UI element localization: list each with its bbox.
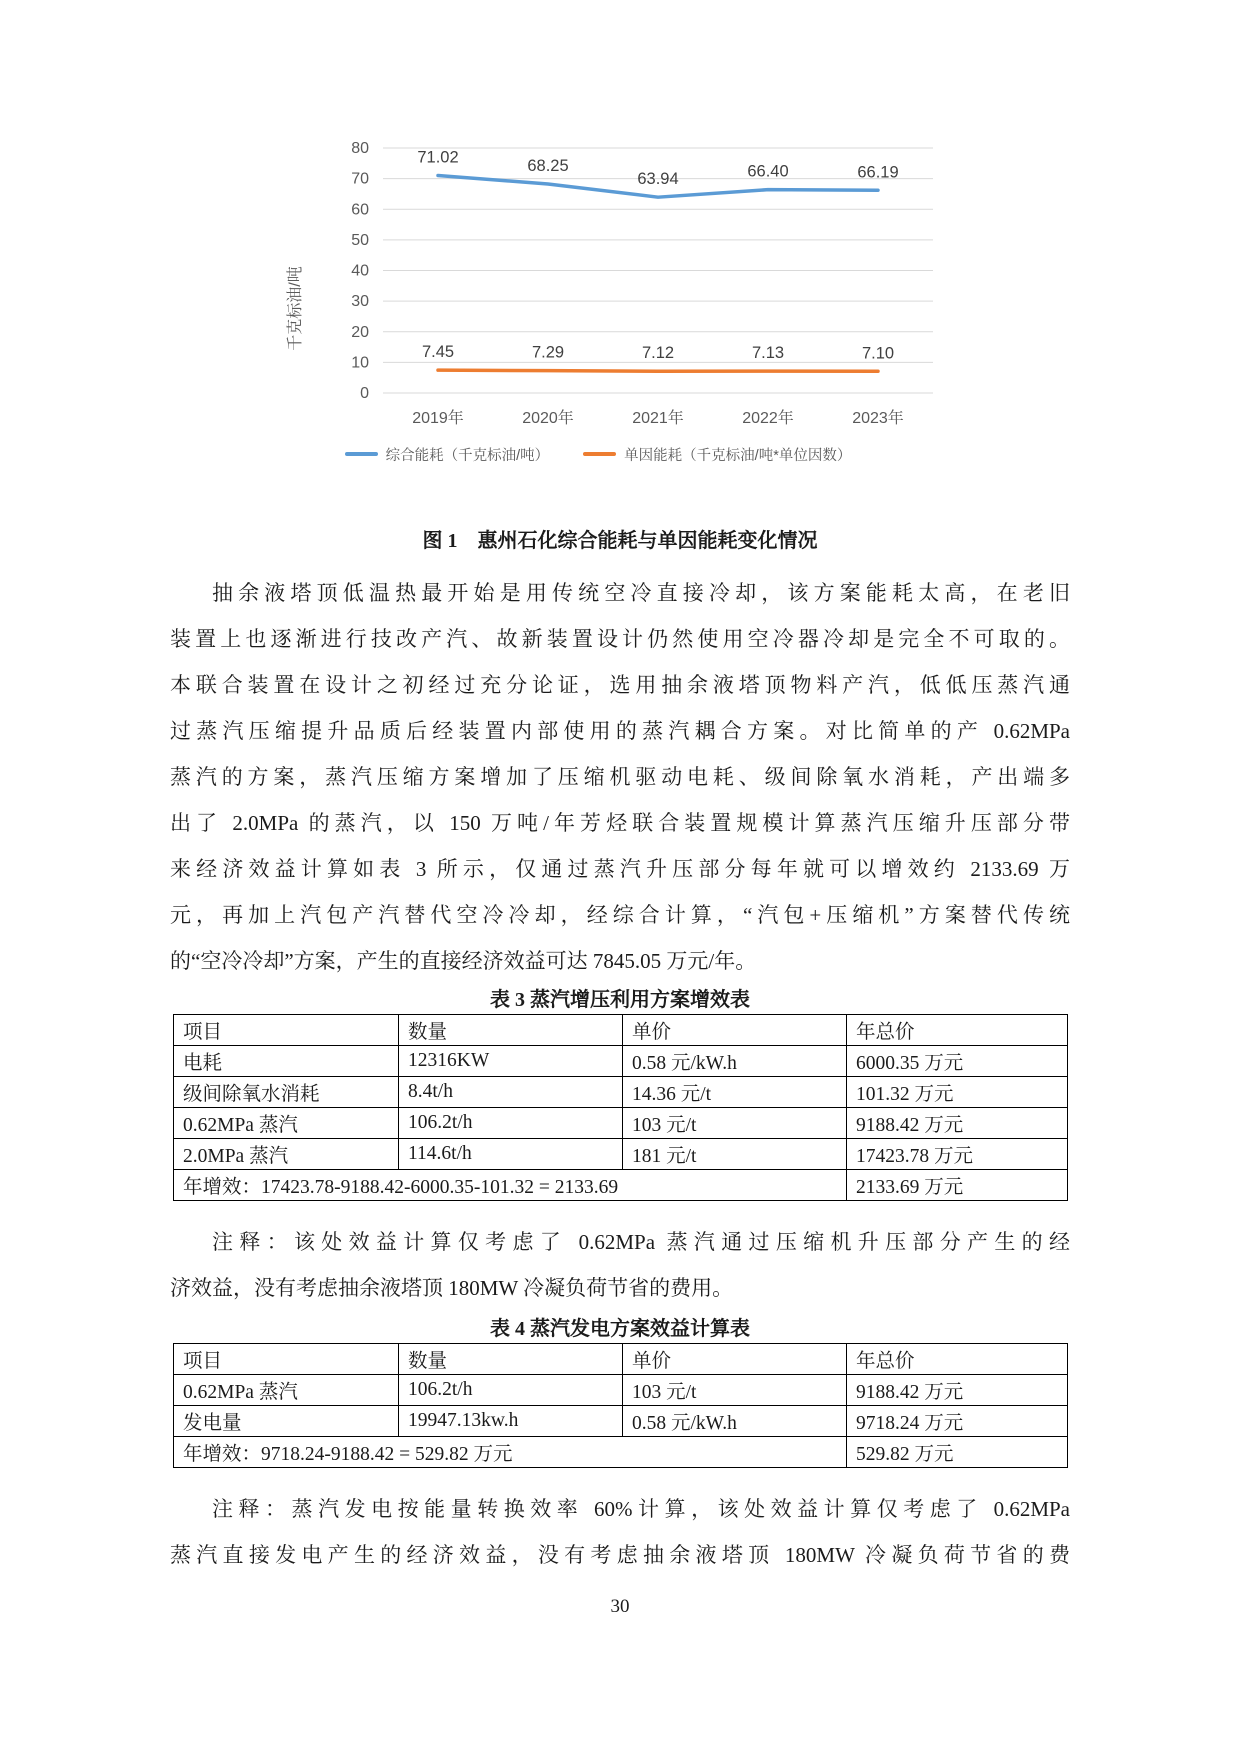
data-label: 68.25 [527,157,568,175]
para-line: 本联合装置在设计之初经过充分论证，选用抽余液塔顶物料产汽，低低压蒸汽通 [170,662,1070,708]
para-line: 装置上也逐渐进行技改产汽、故新装置设计仍然使用空冷器冷却是完全不可取的。 [170,616,1070,662]
table-cell: 0.62MPa 蒸汽 [174,1108,399,1139]
y-tick-label: 30 [351,293,369,310]
data-label: 66.19 [857,163,898,181]
legend-label: 综合能耗（千克标油/吨） [386,444,550,465]
table-cell: 年总价 [847,1015,1068,1046]
table-cell: 发电量 [174,1406,399,1437]
table-cell: 项目 [174,1344,399,1375]
note-line: 注释：该处效益计算仅考虑了 0.62MPa 蒸汽通过压缩机升压部分产生的经 [170,1219,1070,1265]
para-line: 出了 2.0MPa 的蒸汽，以 150 万吨/年芳烃联合装置规模计算蒸汽压缩升压… [170,800,1070,846]
y-tick-label: 10 [351,354,369,371]
data-label: 7.10 [862,344,894,362]
note-line: 济效益，没有考虑抽余液塔顶 180MW 冷凝负荷节省的费用。 [170,1265,1070,1311]
y-tick-label: 0 [360,385,369,402]
table4-caption: 表 4 蒸汽发电方案效益计算表 [170,1315,1070,1343]
table-cell: 级间除氧水消耗 [174,1077,399,1108]
x-tick-label: 2020年 [522,408,574,427]
table-cell: 14.36 元/t [623,1077,847,1108]
data-label: 66.40 [747,163,788,181]
para-line: 过蒸汽压缩提升品质后经装置内部使用的蒸汽耦合方案。对比简单的产 0.62MPa [170,708,1070,754]
table-cell: 0.62MPa 蒸汽 [174,1375,399,1406]
x-tick-label: 2022年 [742,408,794,427]
y-tick-label: 80 [351,140,369,157]
data-label: 7.45 [422,343,454,361]
table-footer-row: 年增效：17423.78-9188.42-6000.35-101.32 = 21… [174,1170,1068,1201]
table-cell: 2133.69 万元 [847,1170,1068,1201]
x-tick-label: 2021年 [632,408,684,427]
data-label: 7.12 [642,344,674,362]
para-line: 抽余液塔顶低温热最开始是用传统空冷直接冷却，该方案能耗太高，在老旧 [170,570,1070,616]
table-cell: 2.0MPa 蒸汽 [174,1139,399,1170]
table-cell: 年增效：17423.78-9188.42-6000.35-101.32 = 21… [174,1170,847,1201]
table-cell: 529.82 万元 [847,1437,1068,1468]
table-row: 电耗12316KW0.58 元/kW.h6000.35 万元 [174,1046,1068,1077]
para-line: 元，再加上汽包产汽替代空冷冷却，经综合计算，“汽包+压缩机”方案替代传统 [170,892,1070,938]
para-line: 蒸汽的方案，蒸汽压缩方案增加了压缩机驱动电耗、级间除氧水消耗，产出端多 [170,754,1070,800]
energy-chart-svg: 01020304050607080千克标油/吨2019年2020年2021年20… [258,118,938,433]
y-tick-label: 60 [351,201,369,218]
table-cell: 项目 [174,1015,399,1046]
body-paragraph: 抽余液塔顶低温热最开始是用传统空冷直接冷却，该方案能耗太高，在老旧装置上也逐渐进… [170,570,1070,984]
legend-label: 单因能耗（千克标油/吨*单位因数） [624,444,851,465]
table-cell: 181 元/t [623,1139,847,1170]
table-cell: 9718.24 万元 [847,1406,1068,1437]
y-tick-label: 20 [351,324,369,341]
table3-note: 注释：该处效益计算仅考虑了 0.62MPa 蒸汽通过压缩机升压部分产生的经济效益… [170,1219,1070,1311]
x-tick-label: 2023年 [852,408,904,427]
table-cell: 年增效：9718.24-9188.42 = 529.82 万元 [174,1437,847,1468]
table-row: 2.0MPa 蒸汽114.6t/h181 元/t17423.78 万元 [174,1139,1068,1170]
table-header-row: 项目数量单价年总价 [174,1015,1068,1046]
table-cell: 电耗 [174,1046,399,1077]
legend-line-swatch [583,452,616,456]
table4: 项目数量单价年总价0.62MPa 蒸汽106.2t/h103 元/t9188.4… [173,1343,1068,1468]
table-cell: 103 元/t [623,1375,847,1406]
table-cell: 数量 [399,1015,623,1046]
table-cell: 101.32 万元 [847,1077,1068,1108]
page-number: 30 [0,1596,1240,1618]
table-row: 0.62MPa 蒸汽106.2t/h103 元/t9188.42 万元 [174,1375,1068,1406]
legend-line-swatch [345,452,378,456]
table-cell: 9188.42 万元 [847,1375,1068,1406]
legend-item-0: 综合能耗（千克标油/吨） [345,444,550,465]
table-header-row: 项目数量单价年总价 [174,1344,1068,1375]
data-label: 7.13 [752,344,784,362]
para-line: 的“空冷冷却”方案，产生的直接经济效益可达 7845.05 万元/年。 [170,938,1070,984]
table-cell: 12316KW [399,1046,623,1077]
table-cell: 0.58 元/kW.h [623,1046,847,1077]
y-axis-title: 千克标油/吨 [286,266,304,350]
x-tick-label: 2019年 [412,408,464,427]
document-page: 01020304050607080千克标油/吨2019年2020年2021年20… [170,118,1070,1578]
figure-caption: 图 1 惠州石化综合能耗与单因能耗变化情况 [170,528,1070,554]
y-tick-label: 40 [351,263,369,280]
table-cell: 19947.13kw.h [399,1406,623,1437]
table-cell: 103 元/t [623,1108,847,1139]
table-cell: 114.6t/h [399,1139,623,1170]
table-cell: 106.2t/h [399,1108,623,1139]
y-tick-label: 70 [351,171,369,188]
series-line-1 [438,370,878,371]
table-cell: 年总价 [847,1344,1068,1375]
table-row: 发电量19947.13kw.h0.58 元/kW.h9718.24 万元 [174,1406,1068,1437]
data-label: 63.94 [637,170,678,188]
table-row: 0.62MPa 蒸汽106.2t/h103 元/t9188.42 万元 [174,1108,1068,1139]
table-row: 级间除氧水消耗8.4t/h14.36 元/t101.32 万元 [174,1077,1068,1108]
table-cell: 17423.78 万元 [847,1139,1068,1170]
note-line: 注释：蒸汽发电按能量转换效率 60%计算，该处效益计算仅考虑了 0.62MPa [170,1486,1070,1532]
table-cell: 0.58 元/kW.h [623,1406,847,1437]
data-label: 71.02 [417,149,458,167]
legend-item-1: 单因能耗（千克标油/吨*单位因数） [583,444,851,465]
y-tick-label: 50 [351,232,369,249]
table-cell: 8.4t/h [399,1077,623,1108]
table-footer-row: 年增效：9718.24-9188.42 = 529.82 万元529.82 万元 [174,1437,1068,1468]
chart-legend: 综合能耗（千克标油/吨）单因能耗（千克标油/吨*单位因数） [258,444,938,464]
table-cell: 数量 [399,1344,623,1375]
table-cell: 单价 [623,1015,847,1046]
note-line: 蒸汽直接发电产生的经济效益，没有考虑抽余液塔顶 180MW 冷凝负荷节省的费 [170,1532,1070,1578]
table-cell: 9188.42 万元 [847,1108,1068,1139]
para-line: 来经济效益计算如表 3 所示，仅通过蒸汽升压部分每年就可以增效约 2133.69… [170,846,1070,892]
energy-line-chart: 01020304050607080千克标油/吨2019年2020年2021年20… [258,118,938,464]
table-cell: 6000.35 万元 [847,1046,1068,1077]
table-cell: 106.2t/h [399,1375,623,1406]
table3-caption: 表 3 蒸汽增压利用方案增效表 [170,986,1070,1014]
table-cell: 单价 [623,1344,847,1375]
table4-note: 注释：蒸汽发电按能量转换效率 60%计算，该处效益计算仅考虑了 0.62MPa蒸… [170,1486,1070,1578]
data-label: 7.29 [532,344,564,362]
table3: 项目数量单价年总价电耗12316KW0.58 元/kW.h6000.35 万元级… [173,1014,1068,1201]
